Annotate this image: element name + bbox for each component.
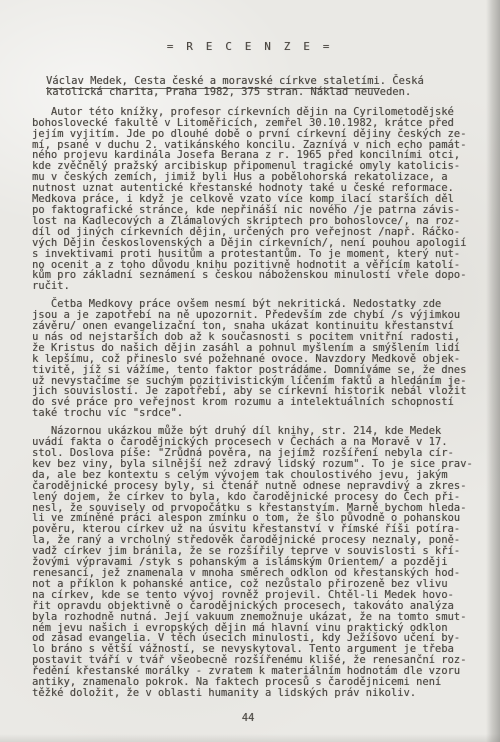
scanned-page: = R E C E N Z E = Václav Medek, Cesta če… bbox=[0, 0, 500, 742]
text-line: ručit. bbox=[32, 281, 500, 292]
text-line: vých Dějin československých a Dějin círk… bbox=[32, 238, 500, 249]
text-line: bohoslovecké fakultě v Litoměřicích, zem… bbox=[32, 118, 500, 129]
text-line: řit opravdu objektivně o čarodějnických … bbox=[32, 601, 500, 612]
text-line: jejím vyjitím. Jde po dlouhé době o prvn… bbox=[32, 129, 500, 140]
review-body: Autor této knížky, profesor církevních d… bbox=[32, 107, 500, 699]
page-number: 44 bbox=[32, 713, 464, 724]
paragraph: Názornou ukázkou může být druhý díl knih… bbox=[32, 426, 500, 699]
text-line: lený dojem, že církev to byla, kdo čarod… bbox=[32, 492, 500, 503]
text-line: také trochu víc "srdce". bbox=[32, 408, 500, 419]
text-line: tivitě, jíž si vážíme, tento faktor post… bbox=[32, 365, 500, 376]
scan-edge-shadow-bottom bbox=[0, 734, 500, 742]
page-content: = R E C E N Z E = Václav Medek, Cesta če… bbox=[0, 0, 500, 724]
text-line: kům pro základní seznámení s českou nábo… bbox=[32, 270, 500, 281]
paragraph: Autor této knížky, profesor církevních d… bbox=[32, 107, 500, 292]
section-header: = R E C E N Z E = bbox=[32, 41, 464, 52]
text-line: těžké doložit, že v oblasti humanity a l… bbox=[32, 688, 500, 699]
book-citation: Václav Medek, Cesta české a moravské cír… bbox=[32, 76, 500, 98]
text-line: byla rozhodně nutná. Její vakuum znemožn… bbox=[32, 612, 500, 623]
text-line: s invektivami proti husitům a protestant… bbox=[32, 249, 500, 260]
text-line: čarodějnické procesy byly, si čtenář nut… bbox=[32, 481, 500, 492]
paragraph: Četba Medkovy práce ovšem nesmí být nekr… bbox=[32, 299, 500, 419]
citation-line-2: katolická charita, Praha 1982, 375 stran… bbox=[46, 87, 500, 98]
